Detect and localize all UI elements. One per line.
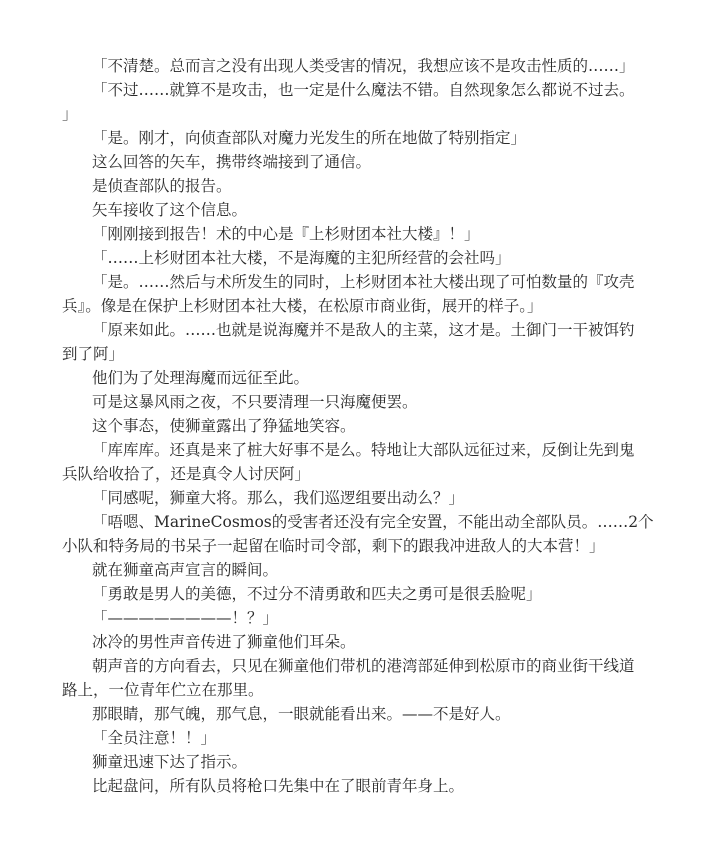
text-line: 这个事态，使狮童露出了狰猛地笑容。 <box>62 414 642 438</box>
text-line: 「不过……就算不是攻击，也一定是什么魔法不错。自然现象怎么都说不过去。 <box>62 78 642 102</box>
text-line: 比起盘问，所有队员将枪口先集中在了眼前青年身上。 <box>62 774 642 798</box>
text-line: 可是这暴风雨之夜，不只要清理一只海魔便罢。 <box>62 390 642 414</box>
text-line: 冰冷的男性声音传进了狮童他们耳朵。 <box>62 630 642 654</box>
text-line: 就在狮童高声宣言的瞬间。 <box>62 558 642 582</box>
text-line: 他们为了处理海魔而远征至此。 <box>62 366 642 390</box>
text-line: 兵队给收拾了，还是真令人讨厌阿」 <box>62 462 642 486</box>
text-line: 「原来如此。……也就是说海魔并不是敌人的主菜，这才是。土御门一干被饵钓 <box>62 318 642 342</box>
text-line: 是侦查部队的报告。 <box>62 174 642 198</box>
text-line: 「唔嗯、MarineCosmos的受害者还没有完全安置，不能出动全部队员。……2… <box>62 510 642 534</box>
text-line: 「刚刚接到报告！术的中心是『上杉财团本社大楼』！」 <box>62 222 642 246</box>
document-page: 「不清楚。总而言之没有出现人类受害的情况，我想应该不是攻击性质的……」「不过……… <box>62 54 642 798</box>
text-line: 「全员注意！！」 <box>62 726 642 750</box>
text-line: 「不清楚。总而言之没有出现人类受害的情况，我想应该不是攻击性质的……」 <box>62 54 642 78</box>
text-line: 「————————！？」 <box>62 606 642 630</box>
text-line: 那眼睛，那气魄，那气息，一眼就能看出来。——不是好人。 <box>62 702 642 726</box>
text-line: 「库库库。还真是来了桩大好事不是么。特地让大部队远征过来，反倒让先到鬼 <box>62 438 642 462</box>
text-line: 矢车接收了这个信息。 <box>62 198 642 222</box>
text-line: 小队和特务局的书呆子一起留在临时司令部，剩下的跟我冲进敌人的大本营！」 <box>62 534 642 558</box>
text-line: 「是。……然后与术所发生的同时，上杉财团本社大楼出现了可怕数量的『攻壳 <box>62 270 642 294</box>
text-line: 这么回答的矢车，携带终端接到了通信。 <box>62 150 642 174</box>
text-line: 「勇敢是男人的美德，不过分不清勇敢和匹夫之勇可是很丢脸呢」 <box>62 582 642 606</box>
text-line: 「是。刚才，向侦查部队对魔力光发生的所在地做了特别指定」 <box>62 126 642 150</box>
text-line: 狮童迅速下达了指示。 <box>62 750 642 774</box>
text-line: 路上，一位青年伫立在那里。 <box>62 678 642 702</box>
text-line: 「同感呢，狮童大将。那么，我们巡逻组要出动么？」 <box>62 486 642 510</box>
text-line: 「……上杉财团本社大楼，不是海魔的主犯所经营的会社吗」 <box>62 246 642 270</box>
text-line: 到了阿」 <box>62 342 642 366</box>
text-line: 兵』。像是在保护上杉财团本社大楼，在松原市商业街，展开的样子。」 <box>62 294 642 318</box>
text-line: 朝声音的方向看去，只见在狮童他们带机的港湾部延伸到松原市的商业街干线道 <box>62 654 642 678</box>
text-line: 」 <box>62 102 642 126</box>
